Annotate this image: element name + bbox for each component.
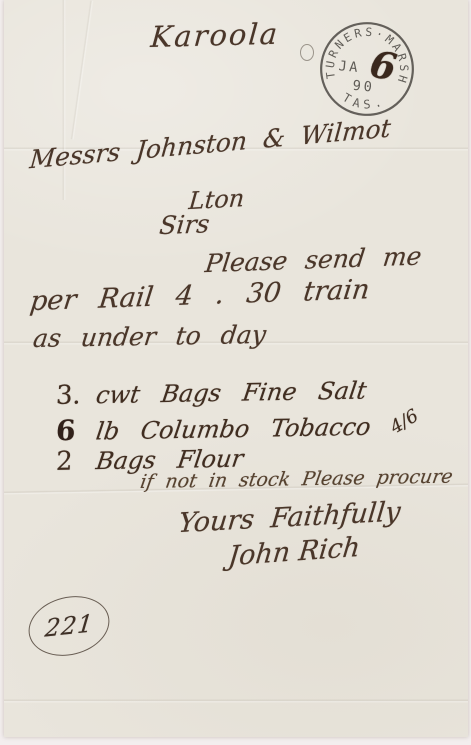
item-quantity: 2 <box>55 446 95 477</box>
request-line: Please send me <box>204 242 424 277</box>
letter-photo: Karoola TURNERS·MARSH TAS. JA 1 90 6 <box>0 0 471 745</box>
stray-ink-mark <box>300 44 314 61</box>
item-price-note: 4/6 <box>387 405 423 438</box>
item-description: cwt Bags Fine Salt <box>94 376 368 409</box>
postscript-note: if not in stock Please procure <box>139 467 455 493</box>
order-item: 3. cwt Bags Fine Salt <box>56 375 391 411</box>
signature: John Rich <box>227 533 362 572</box>
docket-number: 221 <box>43 609 95 643</box>
place-heading: Karoola <box>149 19 280 54</box>
docket-number-oval: 221 <box>22 588 116 664</box>
fold-crease <box>4 699 468 703</box>
item-quantity: 6 <box>55 414 95 448</box>
request-line: as under to day <box>32 321 268 353</box>
postmark-stamp: TURNERS·MARSH TAS. JA 1 90 6 <box>307 9 426 128</box>
item-quantity: 3. <box>55 380 95 411</box>
request-line: per Rail 4 . 30 train <box>28 275 371 317</box>
item-description: lb Columbo Tobacco <box>94 413 372 446</box>
fold-crease <box>70 0 93 139</box>
letter-paper: Karoola TURNERS·MARSH TAS. JA 1 90 6 <box>4 0 468 737</box>
order-item: 6 lb Columbo Tobacco 4/6 <box>56 408 424 447</box>
salutation: Sirs <box>158 210 211 239</box>
postmark-circle: TURNERS·MARSH TAS. JA 1 90 <box>307 9 426 128</box>
valediction: Yours Faithfully <box>177 497 402 539</box>
addressee-name: Messrs Johnston & Wilmot <box>29 114 392 173</box>
